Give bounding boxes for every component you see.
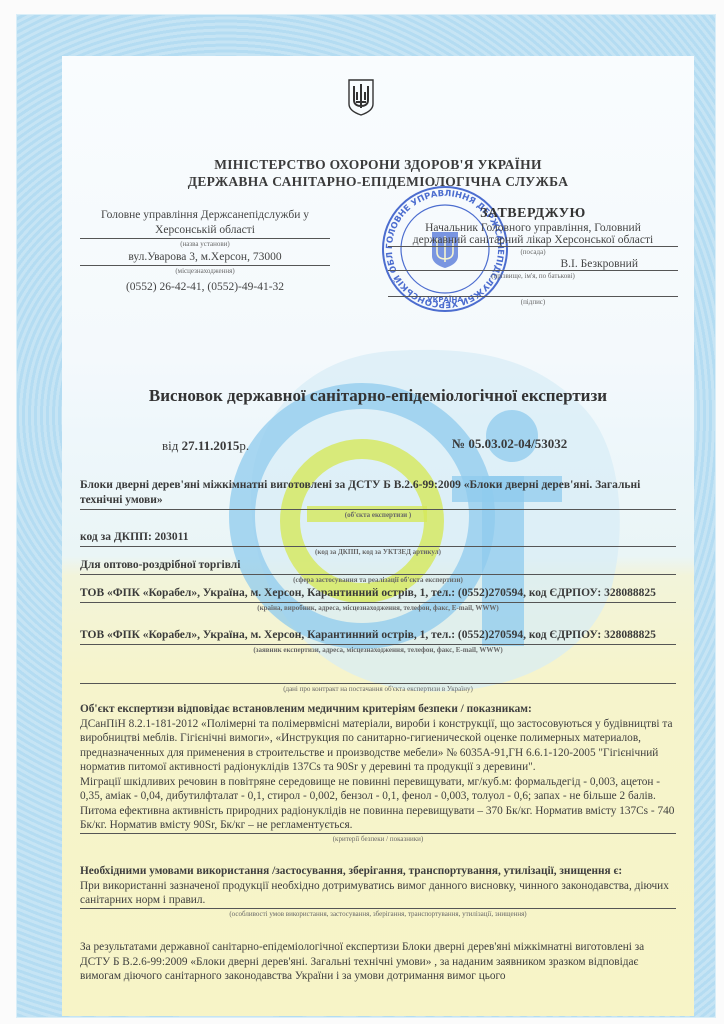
- contract-caption: (дані про контракт на постачання об'єкта…: [80, 684, 676, 695]
- document-title: Висновок державної санітарно-епідеміолог…: [62, 386, 694, 406]
- field-contract: (дані про контракт на постачання об'єкта…: [80, 668, 676, 695]
- decorative-border: МІНІСТЕРСТВО ОХОРОНИ ЗДОРОВ'Я УКРАЇНИ ДЕ…: [16, 14, 716, 1018]
- applicant-caption: (заявник експертизи, адреса, місцезнаход…: [80, 645, 676, 656]
- criteria-standards: ДСанПіН 8.2.1-181-2012 «Полімерні та пол…: [80, 717, 676, 775]
- field-code: код за ДКПП: 203011 (код за ДКПП, код за…: [80, 530, 676, 558]
- institution-address: вул.Уварова 3, м.Херсон, 73000: [80, 250, 330, 266]
- conditions-section: Необхідними умовами використання /застос…: [80, 864, 676, 920]
- approval-name-caption: (прізвище, ім'я, по батькові): [388, 271, 678, 282]
- institution-name-caption: (назва установи): [80, 239, 330, 250]
- conclusion-text: За результатами державної санітарно-епід…: [80, 940, 676, 984]
- field-object: Блоки дверні дерев'яні міжкімнатні вигот…: [80, 478, 676, 521]
- conditions-heading: Необхідними умовами використання /застос…: [80, 864, 676, 879]
- code-caption: (код за ДКПП, код за УКТЗЕД артикул): [80, 547, 676, 558]
- ministry-header: МІНІСТЕРСТВО ОХОРОНИ ЗДОРОВ'Я УКРАЇНИ ДЕ…: [62, 156, 694, 190]
- code-value: код за ДКПП: 203011: [80, 530, 676, 547]
- conditions-caption: (особливості умов використання, застосув…: [80, 909, 676, 920]
- institution-block: Головне управління Держсанепідслужби у Х…: [80, 208, 330, 295]
- trident-coat-of-arms-icon: [347, 78, 375, 116]
- certificate-sheet: МІНІСТЕРСТВО ОХОРОНИ ЗДОРОВ'Я УКРАЇНИ ДЕ…: [62, 56, 694, 1016]
- object-value: Блоки дверні дерев'яні міжкімнатні вигот…: [80, 478, 676, 510]
- document-number: № 05.03.02-04/53032: [452, 436, 567, 452]
- field-sphere: Для оптово-роздрібної торгівлі (сфера за…: [80, 558, 676, 586]
- institution-address-caption: (місцезнаходження): [80, 266, 330, 277]
- sphere-value: Для оптово-роздрібної торгівлі: [80, 558, 676, 575]
- criteria-section: Об'єкт експертизи відповідає встановлени…: [80, 702, 676, 845]
- manufacturer-value: ТОВ «ФПК «Корабел», Україна, м. Херсон, …: [80, 586, 676, 603]
- ministry-name: МІНІСТЕРСТВО ОХОРОНИ ЗДОРОВ'Я УКРАЇНИ: [62, 156, 694, 173]
- manufacturer-caption: (країна, виробник, адреса, місцезнаходже…: [80, 603, 676, 614]
- criteria-heading: Об'єкт експертизи відповідає встановлени…: [80, 702, 676, 717]
- signature-line: [388, 282, 678, 297]
- signature-caption: (підпис): [388, 297, 678, 308]
- sphere-caption: (сфера застосування та реалізації об'єкт…: [80, 575, 676, 586]
- approval-name: В.І. Безкровний: [388, 258, 678, 271]
- approval-block: ЗАТВЕРДЖУЮ Начальник Головного управлінн…: [388, 206, 678, 308]
- institution-phones: (0552) 26-42-41, (0552)-49-41-32: [80, 280, 330, 295]
- conditions-text: При використанні зазначеної продукції не…: [80, 879, 676, 909]
- institution-name-line1: Головне управління Держсанепідслужби у: [80, 208, 330, 223]
- approval-position-line2: державний санітарний лікар Херсонської о…: [388, 234, 678, 247]
- criteria-caption: (критерії безпеки / показники): [80, 834, 676, 845]
- applicant-value: ТОВ «ФПК «Корабел», Україна, м. Херсон, …: [80, 628, 676, 645]
- date-value: 27.11.2015: [182, 438, 240, 453]
- institution-name-line2: Херсонській області: [80, 223, 330, 239]
- criteria-limits: Міграції шкідливих речовин в повітряне с…: [80, 775, 676, 834]
- approval-position-line1: Начальник Головного управління, Головний: [388, 222, 678, 234]
- object-caption: (об'єкта експертизи ): [80, 510, 676, 521]
- service-name: ДЕРЖАВНА САНІТАРНО-ЕПІДЕМІОЛОГІЧНА СЛУЖБ…: [62, 173, 694, 190]
- approval-title: ЗАТВЕРДЖУЮ: [388, 206, 678, 222]
- approval-position-caption: (посада): [388, 247, 678, 258]
- contract-value: [80, 668, 676, 684]
- field-applicant: ТОВ «ФПК «Корабел», Україна, м. Херсон, …: [80, 628, 676, 656]
- document-date: від 27.11.2015р.: [162, 438, 249, 454]
- field-manufacturer: ТОВ «ФПК «Корабел», Україна, м. Херсон, …: [80, 586, 676, 614]
